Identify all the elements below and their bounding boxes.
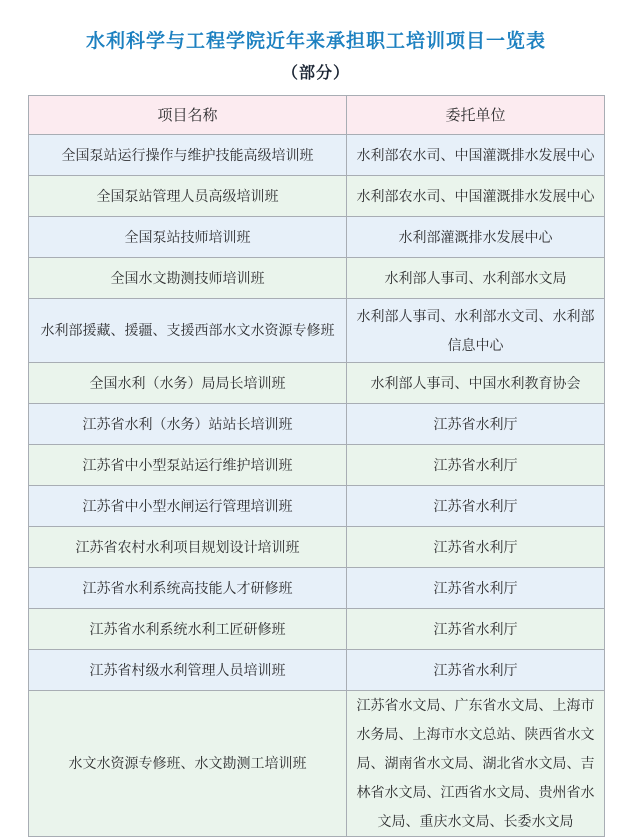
table-row: 全国水利（水务）局局长培训班 水利部人事司、中国水利教育协会 (29, 363, 605, 404)
table-row: 全国水文勘测技师培训班 水利部人事司、水利部水文局 (29, 258, 605, 299)
project-name-cell: 全国水文勘测技师培训班 (29, 258, 347, 299)
table-row: 全国泵站运行操作与维护技能高级培训班 水利部农水司、中国灌溉排水发展中心 (29, 135, 605, 176)
client-unit-cell: 水利部人事司、水利部水文局 (347, 258, 605, 299)
table-row: 江苏省农村水利项目规划设计培训班 江苏省水利厅 (29, 527, 605, 568)
client-unit-cell: 江苏省水利厅 (347, 527, 605, 568)
project-name-cell: 全国泵站技师培训班 (29, 217, 347, 258)
table-row: 江苏省中小型水闸运行管理培训班 江苏省水利厅 (29, 486, 605, 527)
client-unit-cell: 水利部农水司、中国灌溉排水发展中心 (347, 176, 605, 217)
client-unit-cell: 江苏省水利厅 (347, 404, 605, 445)
table-row: 水文水资源专修班、水文勘测工培训班 江苏省水文局、广东省水文局、上海市水务局、上… (29, 691, 605, 837)
client-unit-cell: 水利部人事司、中国水利教育协会 (347, 363, 605, 404)
client-unit-cell: 江苏省水利厅 (347, 609, 605, 650)
client-unit-cell: 水利部灌溉排水发展中心 (347, 217, 605, 258)
project-name-cell: 江苏省水利（水务）站站长培训班 (29, 404, 347, 445)
table-row: 全国泵站技师培训班 水利部灌溉排水发展中心 (29, 217, 605, 258)
table-row: 江苏省村级水利管理人员培训班 江苏省水利厅 (29, 650, 605, 691)
document-page: 水利科学与工程学院近年来承担职工培训项目一览表 （部分） 项目名称 委托单位 全… (0, 0, 632, 839)
project-name-cell: 江苏省农村水利项目规划设计培训班 (29, 527, 347, 568)
client-unit-cell: 水利部人事司、水利部水文司、水利部信息中心 (347, 299, 605, 363)
table-row: 江苏省水利（水务）站站长培训班 江苏省水利厅 (29, 404, 605, 445)
table-row: 全国泵站管理人员高级培训班 水利部农水司、中国灌溉排水发展中心 (29, 176, 605, 217)
page-subtitle: （部分） (0, 60, 632, 83)
table-row: 江苏省水利系统水利工匠研修班 江苏省水利厅 (29, 609, 605, 650)
project-name-cell: 江苏省中小型水闸运行管理培训班 (29, 486, 347, 527)
client-unit-cell: 江苏省水利厅 (347, 445, 605, 486)
client-unit-cell: 江苏省水文局、广东省水文局、上海市水务局、上海市水文总站、陕西省水文局、湖南省水… (347, 691, 605, 837)
table-row: 江苏省水利系统高技能人才研修班 江苏省水利厅 (29, 568, 605, 609)
project-name-cell: 江苏省水利系统高技能人才研修班 (29, 568, 347, 609)
project-name-cell: 水文水资源专修班、水文勘测工培训班 (29, 691, 347, 837)
table-header-row: 项目名称 委托单位 (29, 96, 605, 135)
project-name-cell: 水利部援藏、援疆、支援西部水文水资源专修班 (29, 299, 347, 363)
table-row: 水利部援藏、援疆、支援西部水文水资源专修班 水利部人事司、水利部水文司、水利部信… (29, 299, 605, 363)
client-unit-cell: 江苏省水利厅 (347, 650, 605, 691)
project-name-cell: 全国泵站运行操作与维护技能高级培训班 (29, 135, 347, 176)
project-name-cell: 江苏省中小型泵站运行维护培训班 (29, 445, 347, 486)
client-unit-cell: 江苏省水利厅 (347, 568, 605, 609)
project-name-cell: 全国水利（水务）局局长培训班 (29, 363, 347, 404)
client-unit-cell: 水利部农水司、中国灌溉排水发展中心 (347, 135, 605, 176)
column-header-project-name: 项目名称 (29, 96, 347, 135)
project-name-cell: 全国泵站管理人员高级培训班 (29, 176, 347, 217)
project-name-cell: 江苏省水利系统水利工匠研修班 (29, 609, 347, 650)
page-title: 水利科学与工程学院近年来承担职工培训项目一览表 (0, 0, 632, 53)
client-unit-cell: 江苏省水利厅 (347, 486, 605, 527)
column-header-client-unit: 委托单位 (347, 96, 605, 135)
table-row: 江苏省中小型泵站运行维护培训班 江苏省水利厅 (29, 445, 605, 486)
project-name-cell: 江苏省村级水利管理人员培训班 (29, 650, 347, 691)
training-projects-table: 项目名称 委托单位 全国泵站运行操作与维护技能高级培训班 水利部农水司、中国灌溉… (28, 95, 605, 837)
